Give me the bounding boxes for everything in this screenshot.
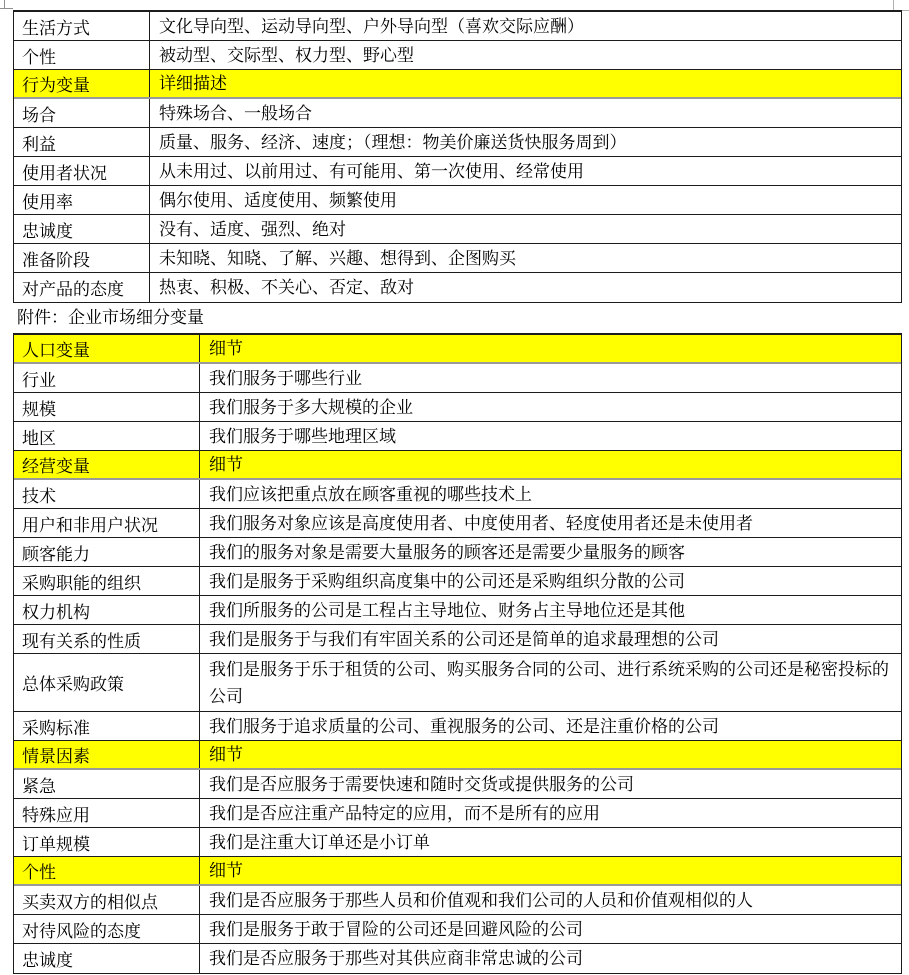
row-label-cell: 场合 xyxy=(14,99,150,127)
table-row: 行业我们服务于哪些行业 xyxy=(14,364,901,393)
table-row: 现有关系的性质我们是服务于与我们有牢固关系的公司还是简单的追求最理想的公司 xyxy=(14,625,901,654)
row-value-cell: 我们是否应服务于需要快速和随时交货或提供服务的公司 xyxy=(200,770,901,798)
row-label-cell: 对待风险的态度 xyxy=(14,915,200,943)
row-value-cell: 我们服务于哪些地理区域 xyxy=(200,422,901,450)
table-row: 采购职能的组织我们是服务于采购组织高度集中的公司还是采购组织分散的公司 xyxy=(14,567,901,596)
table-row: 地区我们服务于哪些地理区域 xyxy=(14,422,901,451)
row-label-cell: 使用率 xyxy=(14,186,150,214)
table-row: 对待风险的态度我们是服务于敢于冒险的公司还是回避风险的公司 xyxy=(14,915,901,944)
row-label-cell: 买卖双方的相似点 xyxy=(14,886,200,914)
row-value-cell: 从未用过、以前用过、有可能用、第一次使用、经常使用 xyxy=(150,157,901,185)
row-value-cell: 我们服务于多大规模的企业 xyxy=(200,393,901,421)
row-value-cell: 详细描述 xyxy=(150,70,901,97)
row-label-cell: 用户和非用户状况 xyxy=(14,509,200,537)
row-value-cell: 我们是否应注重产品特定的应用，而不是所有的应用 xyxy=(200,799,901,827)
table-row: 总体采购政策我们是服务于乐于租赁的公司、购买服务合同的公司、进行系统采购的公司还… xyxy=(14,654,901,712)
table-row: 规模我们服务于多大规模的企业 xyxy=(14,393,901,422)
table-row: 忠诚度我们是否应服务于那些对其供应商非常忠诚的公司 xyxy=(14,944,901,973)
row-value-cell: 被动型、交际型、权力型、野心型 xyxy=(150,41,901,69)
row-value-cell: 细节 xyxy=(200,857,901,884)
table-row: 用户和非用户状况我们服务对象应该是高度使用者、中度使用者、轻度使用者还是未使用者 xyxy=(14,509,901,538)
table-row: 顾客能力我们的服务对象是需要大量服务的顾客还是需要少量服务的顾客 xyxy=(14,538,901,567)
row-label-cell: 权力机构 xyxy=(14,596,200,624)
row-value-cell: 细节 xyxy=(200,335,901,362)
row-label-cell: 紧急 xyxy=(14,770,200,798)
row-value-cell: 文化导向型、运动导向型、户外导向型（喜欢交际应酬） xyxy=(150,12,901,40)
consumer-segmentation-table: 生活方式文化导向型、运动导向型、户外导向型（喜欢交际应酬）个性被动型、交际型、权… xyxy=(13,10,902,303)
row-label-cell: 忠诚度 xyxy=(14,215,150,243)
table-row: 利益质量、服务、经济、速度；（理想：物美价廉送货快服务周到） xyxy=(14,128,901,157)
row-value-cell: 没有、适度、强烈、绝对 xyxy=(150,215,901,243)
row-value-cell: 热衷、积极、不关心、否定、敌对 xyxy=(150,273,901,302)
row-label-cell: 订单规模 xyxy=(14,828,200,856)
table-row: 生活方式文化导向型、运动导向型、户外导向型（喜欢交际应酬） xyxy=(14,12,901,41)
row-value-cell: 我们是否应服务于那些对其供应商非常忠诚的公司 xyxy=(200,944,901,973)
table-row: 技术我们应该把重点放在顾客重视的哪些技术上 xyxy=(14,480,901,509)
row-value-cell: 质量、服务、经济、速度；（理想：物美价廉送货快服务周到） xyxy=(150,128,901,156)
row-label-cell: 生活方式 xyxy=(14,12,150,40)
table-row: 忠诚度没有、适度、强烈、绝对 xyxy=(14,215,901,244)
row-label-cell: 个性 xyxy=(14,41,150,69)
section-header-row: 个性细节 xyxy=(14,857,901,886)
row-value-cell: 细节 xyxy=(200,451,901,478)
row-label-cell: 顾客能力 xyxy=(14,538,200,566)
row-label-cell: 采购标准 xyxy=(14,712,200,740)
row-label-cell: 行为变量 xyxy=(14,70,150,97)
table-row: 个性被动型、交际型、权力型、野心型 xyxy=(14,41,901,70)
row-label-cell: 地区 xyxy=(14,422,200,450)
crop-artifact-line xyxy=(0,8,13,9)
row-value-cell: 特殊场合、一般场合 xyxy=(150,99,901,127)
row-value-cell: 我们所服务的公司是工程占主导地位、财务占主导地位还是其他 xyxy=(200,596,901,624)
row-label-cell: 使用者状况 xyxy=(14,157,150,185)
row-label-cell: 对产品的态度 xyxy=(14,273,150,302)
row-label-cell: 忠诚度 xyxy=(14,944,200,973)
table-row: 准备阶段未知晓、知晓、了解、兴趣、想得到、企图购买 xyxy=(14,244,901,273)
table-row: 采购标准我们服务于追求质量的公司、重视服务的公司、还是注重价格的公司 xyxy=(14,712,901,741)
row-label-cell: 准备阶段 xyxy=(14,244,150,272)
section-header-row: 经营变量细节 xyxy=(14,451,901,480)
row-value-cell: 未知晓、知晓、了解、兴趣、想得到、企图购买 xyxy=(150,244,901,272)
table-row: 场合特殊场合、一般场合 xyxy=(14,99,901,128)
table-row: 订单规模我们是注重大订单还是小订单 xyxy=(14,828,901,857)
attachment-note: 附件：企业市场细分变量 xyxy=(17,303,204,333)
row-value-cell: 我们服务对象应该是高度使用者、中度使用者、轻度使用者还是未使用者 xyxy=(200,509,901,537)
row-value-cell: 我们是服务于敢于冒险的公司还是回避风险的公司 xyxy=(200,915,901,943)
row-value-cell: 偶尔使用、适度使用、频繁使用 xyxy=(150,186,901,214)
row-label-cell: 行业 xyxy=(14,364,200,392)
row-label-cell: 总体采购政策 xyxy=(14,654,200,711)
row-label-cell: 情景因素 xyxy=(14,741,200,768)
row-label-cell: 利益 xyxy=(14,128,150,156)
row-label-cell: 规模 xyxy=(14,393,200,421)
section-header-row: 情景因素细节 xyxy=(14,741,901,770)
row-label-cell: 经营变量 xyxy=(14,451,200,478)
business-segmentation-table: 人口变量细节行业我们服务于哪些行业规模我们服务于多大规模的企业地区我们服务于哪些… xyxy=(13,333,902,974)
row-label-cell: 个性 xyxy=(14,857,200,884)
section-header-row: 人口变量细节 xyxy=(14,335,901,364)
row-label-cell: 人口变量 xyxy=(14,335,200,362)
table-row: 紧急我们是否应服务于需要快速和随时交货或提供服务的公司 xyxy=(14,770,901,799)
table-row: 使用者状况从未用过、以前用过、有可能用、第一次使用、经常使用 xyxy=(14,157,901,186)
row-value-cell: 我们服务于追求质量的公司、重视服务的公司、还是注重价格的公司 xyxy=(200,712,901,740)
row-value-cell: 我们的服务对象是需要大量服务的顾客还是需要少量服务的顾客 xyxy=(200,538,901,566)
table-row: 买卖双方的相似点我们是否应服务于那些人员和价值观和我们公司的人员和价值观相似的人 xyxy=(14,886,901,915)
table-row: 权力机构我们所服务的公司是工程占主导地位、财务占主导地位还是其他 xyxy=(14,596,901,625)
row-value-cell: 我们服务于哪些行业 xyxy=(200,364,901,392)
row-value-cell: 我们是注重大订单还是小订单 xyxy=(200,828,901,856)
row-value-cell: 我们是服务于与我们有牢固关系的公司还是简单的追求最理想的公司 xyxy=(200,625,901,653)
row-value-cell: 细节 xyxy=(200,741,901,768)
table-row: 使用率偶尔使用、适度使用、频繁使用 xyxy=(14,186,901,215)
row-value-cell: 我们是否应服务于那些人员和价值观和我们公司的人员和价值观相似的人 xyxy=(200,886,901,914)
row-value-cell: 我们是服务于乐于租赁的公司、购买服务合同的公司、进行系统采购的公司还是秘密投标的… xyxy=(200,654,901,711)
row-label-cell: 采购职能的组织 xyxy=(14,567,200,595)
row-value-cell: 我们是服务于采购组织高度集中的公司还是采购组织分散的公司 xyxy=(200,567,901,595)
row-label-cell: 现有关系的性质 xyxy=(14,625,200,653)
row-value-cell: 我们应该把重点放在顾客重视的哪些技术上 xyxy=(200,480,901,508)
section-header-row: 行为变量详细描述 xyxy=(14,70,901,99)
table-row: 对产品的态度热衷、积极、不关心、否定、敌对 xyxy=(14,273,901,302)
row-label-cell: 技术 xyxy=(14,480,200,508)
row-label-cell: 特殊应用 xyxy=(14,799,200,827)
table-row: 特殊应用我们是否应注重产品特定的应用，而不是所有的应用 xyxy=(14,799,901,828)
